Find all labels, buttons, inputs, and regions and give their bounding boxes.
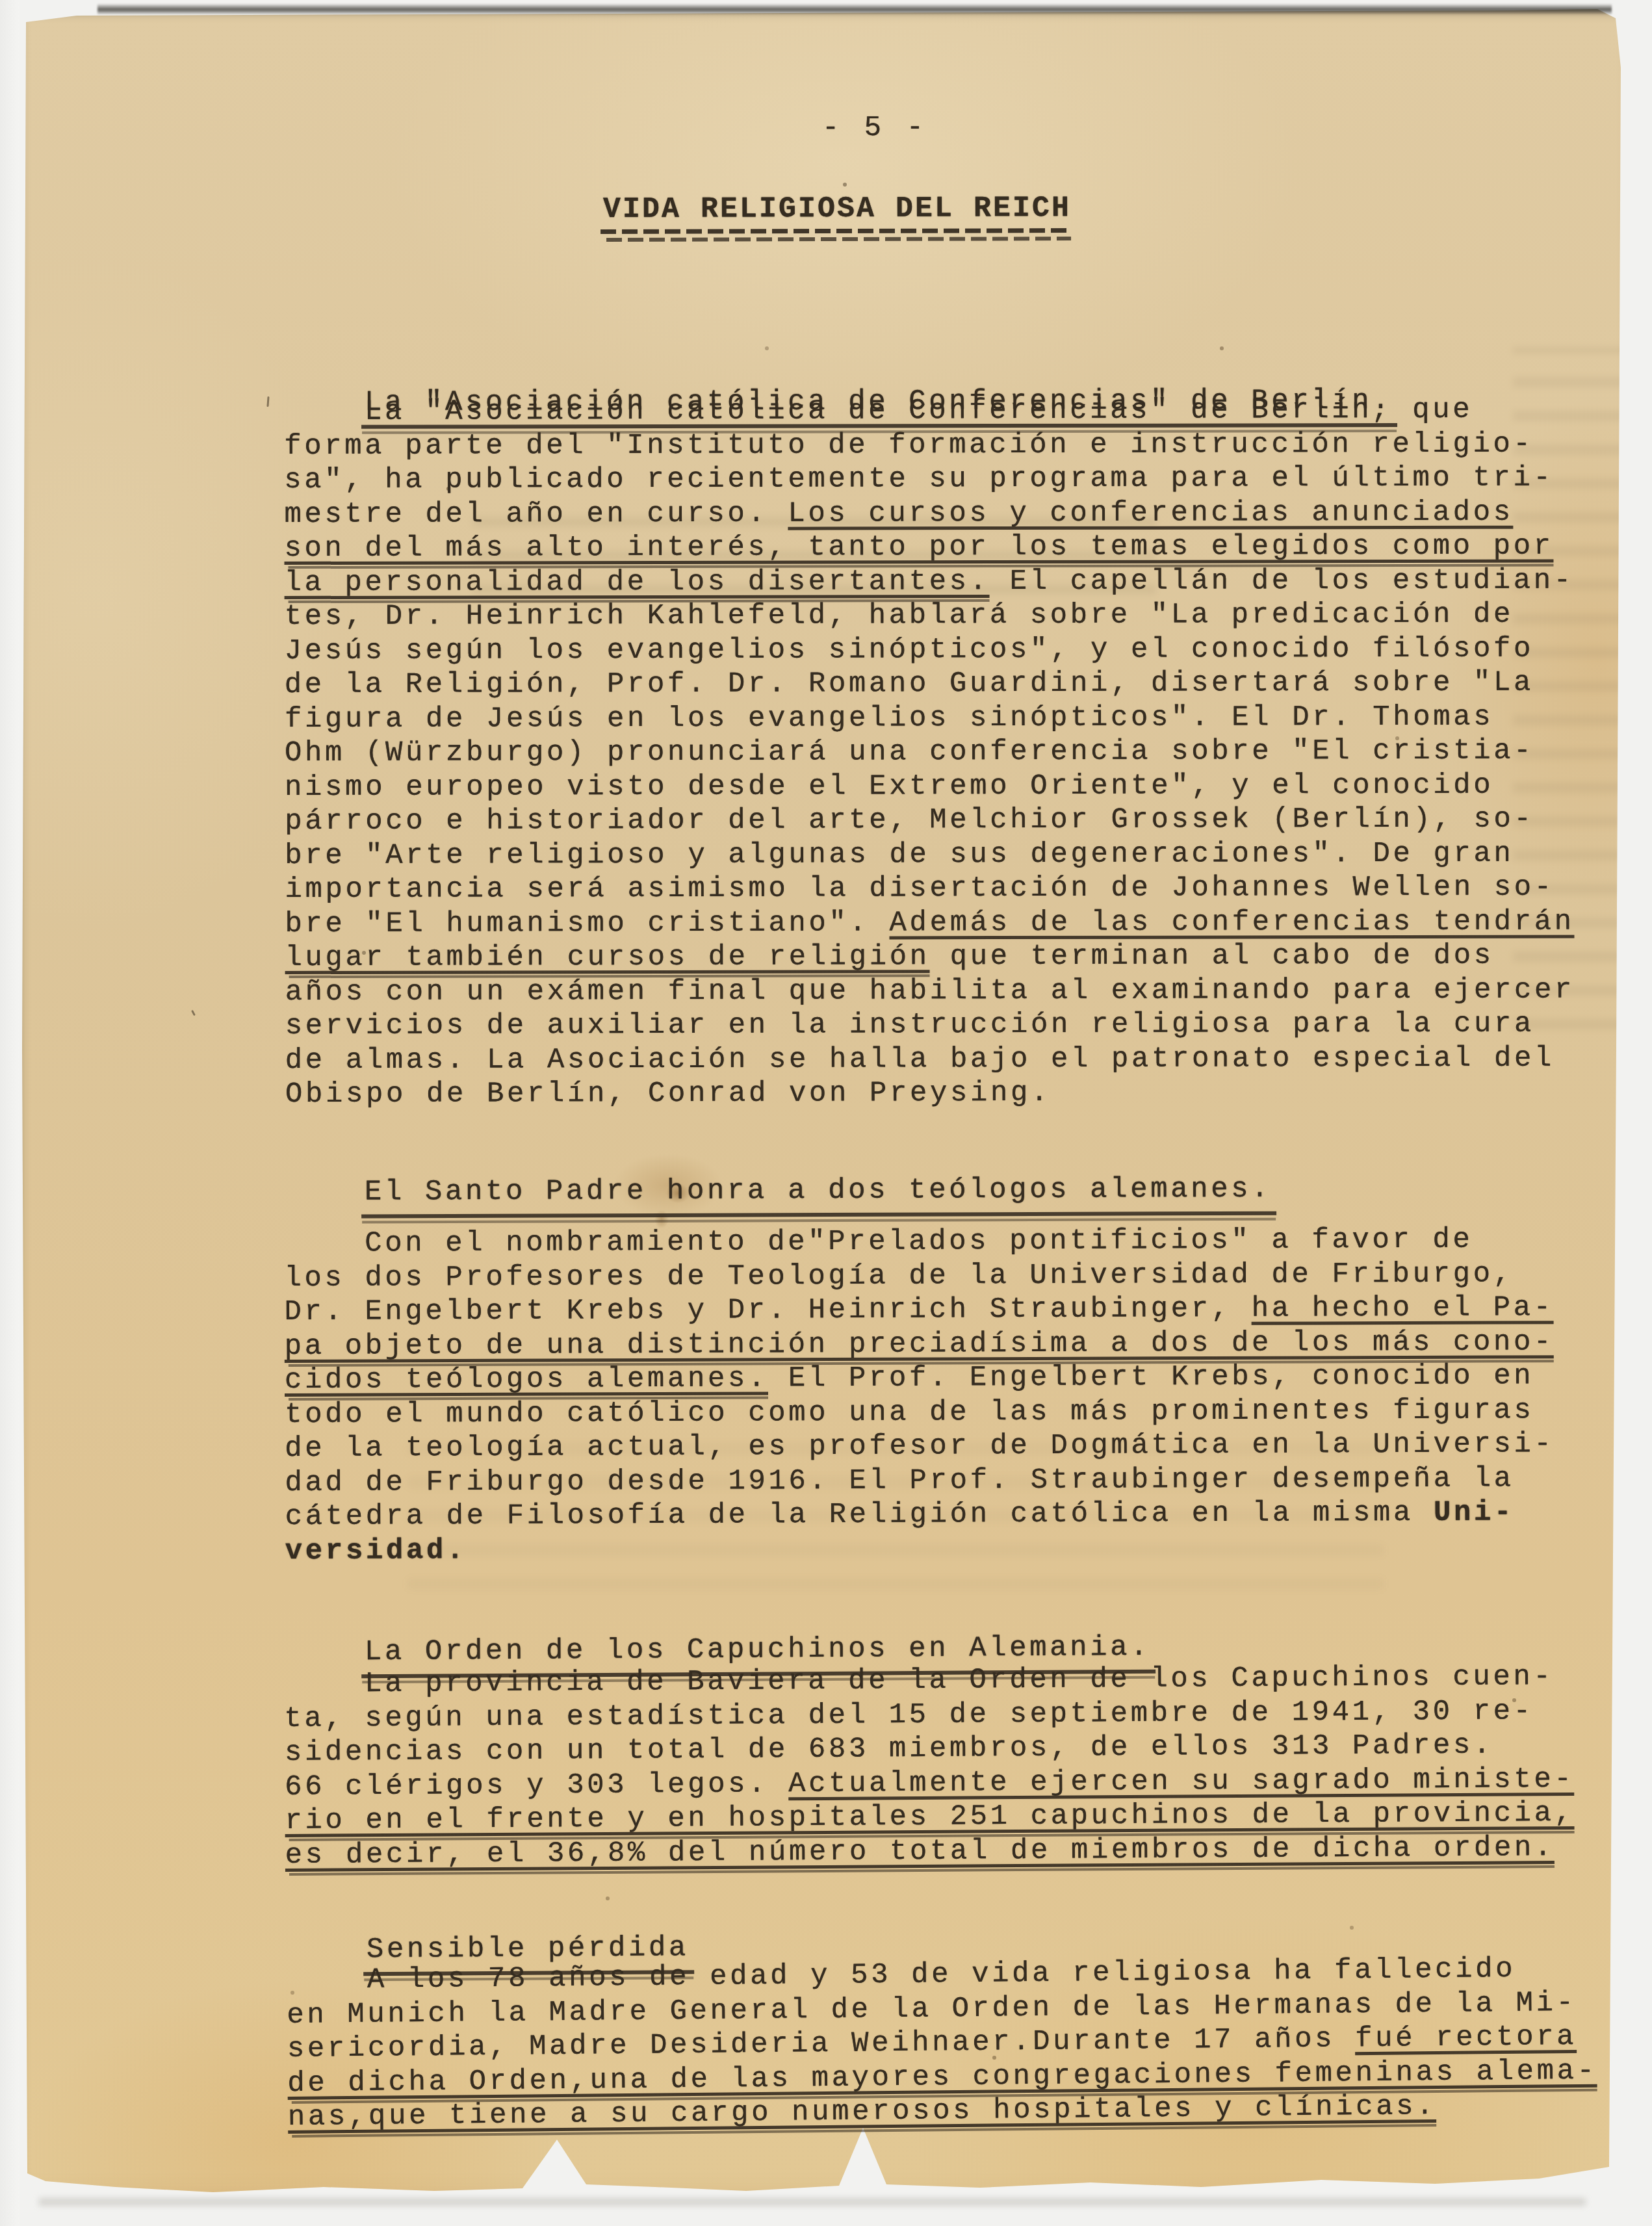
section-paragraph-sensible-perdida: A los 78 años de edad y 53 de vida relig… [287, 1952, 1598, 2135]
text-line: todo el mundo católico como una de las m… [285, 1393, 1554, 1432]
text-segment: bre "Arte religioso y algunas de sus deg… [285, 837, 1514, 872]
section-paragraph-capuchinos: La provincia de Baviera de la Orden de l… [284, 1660, 1575, 1872]
text-line: de la teología actual, es profesor de Do… [285, 1427, 1554, 1466]
text-segment: años con un exámen final que habilita al… [285, 974, 1575, 1008]
text-line: nismo europeo visto desde el Extremo Ori… [285, 768, 1574, 805]
text-segment: bre "El humanismo cristiano". [285, 907, 889, 940]
page-number: - 5 - [822, 112, 927, 144]
text-segment: la personalidad de los disertantes. [284, 565, 989, 603]
text-segment: ha hecho el Pa- [1252, 1291, 1554, 1325]
text-line: Jesús según los evangelios sinópticos", … [285, 632, 1574, 668]
scan-top-shadow [97, 4, 1612, 14]
text-segment: Dr. Engelbert Krebs y Dr. Heinrich Strau… [284, 1293, 1251, 1328]
text-segment: que terminan al cabo de dos [930, 940, 1494, 974]
text-segment: cátedra de Filosofía de la Religión cató… [285, 1497, 1434, 1533]
text-line: servicios de auxiliar en la instrucción … [285, 1007, 1575, 1044]
text-line: dad de Friburgo desde 1916. El Prof. Str… [285, 1462, 1554, 1500]
text-line: párroco e historiador del arte, Melchior… [285, 803, 1574, 839]
text-segment: Con el nombramiento de"Prelados pontific… [284, 1224, 1473, 1260]
text-segment: El Prof. Engelbert Krebs, conocido en [768, 1360, 1534, 1395]
text-line: importancia será asimismo la disertación… [285, 871, 1574, 907]
page-title: VIDA RELIGIOSA DEL REICH [603, 192, 1071, 243]
section-paragraph-asociacion: La "Asociación católica de Conferencias"… [284, 393, 1575, 1112]
text-segment: La "Asociación católica de Conferencias"… [284, 394, 1473, 428]
text-segment: Ohm (Würzburgo) pronunciará una conferen… [285, 735, 1534, 770]
text-line: Dr. Engelbert Krebs y Dr. Heinrich Strau… [284, 1291, 1553, 1329]
text-segment: figura de Jesús en los evangelios sinópt… [285, 701, 1493, 735]
text-segment: Además de las conferencias tendrán [890, 905, 1575, 939]
text-line: la personalidad de los disertantes. El c… [284, 563, 1573, 600]
text-line: lugar también cursos de religión que ter… [285, 939, 1575, 976]
text-segment: dad de Friburgo desde 1916. El Prof. Str… [285, 1462, 1514, 1499]
text-line: de almas. La Asociación se halla bajo el… [285, 1041, 1575, 1078]
text-line: de la Religión, Prof. Dr. Romano Guardin… [285, 666, 1574, 703]
text-segment: es decir, el 36,8% del número total de m… [285, 1831, 1555, 1876]
text-segment: El capellán de los estudian- [990, 564, 1574, 598]
text-segment: mestre del año en curso. [284, 497, 788, 530]
text-segment: son del más alto interés, tanto por los … [284, 530, 1553, 569]
text-segment: sidencias con un total de 683 miembros, … [285, 1729, 1494, 1769]
section-paragraph-santo-padre: Con el nombramiento de"Prelados pontific… [284, 1223, 1555, 1568]
text-line: tes, Dr. Heinrich Kahlefeld, hablará sob… [285, 598, 1574, 634]
text-segment: versidad. [285, 1534, 467, 1568]
text-line: Ohm (Würzburgo) pronunciará una conferen… [285, 734, 1574, 771]
text-line: Con el nombramiento de"Prelados pontific… [284, 1223, 1553, 1261]
text-line: versidad. [285, 1530, 1555, 1568]
text-segment: lugar también cursos de religión [285, 940, 930, 978]
typewritten-text-layer: - 5 - VIDA RELIGIOSA DEL REICH La "Asoci… [0, 0, 1652, 2226]
text-segment: fué rectora [1355, 2021, 1577, 2055]
text-segment: tes, Dr. Heinrich Kahlefeld, hablará sob… [285, 599, 1514, 633]
text-segment: párroco e historiador del arte, Melchior… [285, 803, 1534, 838]
text-segment: La provincia de Baviera de la Orden de l… [284, 1661, 1554, 1701]
text-segment: forma parte del "Instituto de formación … [284, 428, 1533, 462]
text-line: Obispo de Berlín, Conrad von Preysing. [285, 1076, 1575, 1112]
text-segment: Obispo de Berlín, Conrad von Preysing. [285, 1077, 1051, 1111]
text-segment: Los cursos y conferencias anunciados [788, 496, 1513, 530]
text-line: son del más alto interés, tanto por los … [284, 530, 1573, 566]
text-segment: sa", ha publicado recientemente su progr… [284, 462, 1553, 497]
text-segment: los dos Profesores de Teología de la Uni… [284, 1258, 1513, 1295]
text-line: sa", ha publicado recientemente su progr… [284, 461, 1573, 498]
text-segment: Uni- [1434, 1496, 1514, 1529]
text-segment: todo el mundo católico como una de las m… [285, 1394, 1534, 1431]
text-line: figura de Jesús en los evangelios sinópt… [285, 700, 1574, 736]
text-segment: Actualmente ejercen su sagrado ministe- [788, 1763, 1574, 1800]
text-line: pa objeto de una distinción preciadísima… [285, 1325, 1554, 1364]
text-line: La "Asociación católica de Conferencias"… [284, 393, 1573, 430]
text-line: bre "Arte religioso y algunas de sus deg… [285, 836, 1574, 873]
text-line: cidos teólogos alemanes. El Prof. Engelb… [285, 1359, 1554, 1397]
text-line: los dos Profesores de Teología de la Uni… [284, 1257, 1553, 1295]
text-segment: importancia será asimismo la disertación… [285, 872, 1554, 906]
text-line: años con un exámen final que habilita al… [285, 973, 1575, 1009]
section-heading-text: El Santo Padre honra a dos teólogos alem… [365, 1173, 1271, 1219]
text-line: bre "El humanismo cristiano". Además de … [285, 905, 1574, 941]
text-segment: Jesús según los evangelios sinópticos", … [285, 632, 1534, 667]
text-segment: servicios de auxiliar en la instrucción … [285, 1008, 1534, 1042]
text-segment: de almas. La Asociación se halla bajo el… [285, 1042, 1555, 1076]
text-line: cátedra de Filosofía de la Religión cató… [285, 1495, 1555, 1534]
text-line: forma parte del "Instituto de formación … [284, 427, 1573, 463]
text-segment: de la teología actual, es profesor de Do… [285, 1428, 1554, 1465]
text-segment: nismo europeo visto desde el Extremo Ori… [285, 769, 1493, 803]
scanned-document-screenshot: { "document": { "page_number": "- 5 -", … [0, 0, 1652, 2226]
text-segment: de la Religión, Prof. Dr. Romano Guardin… [285, 667, 1534, 701]
text-segment: 66 clérigos y 303 legos. [285, 1768, 788, 1804]
text-line: mestre del año en curso. Los cursos y co… [284, 495, 1573, 532]
text-segment: cidos teólogos alemanes. [285, 1362, 768, 1401]
